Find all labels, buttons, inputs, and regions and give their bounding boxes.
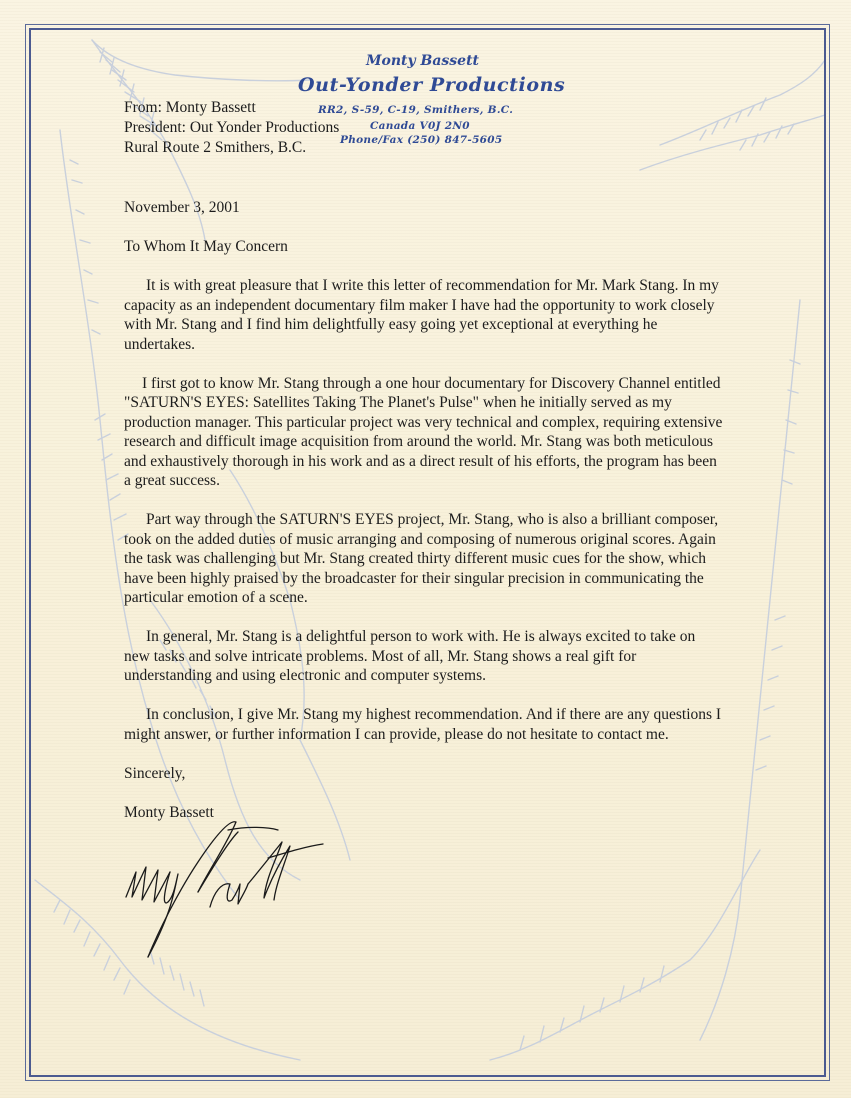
sender-title-line: President: Out Yonder Productions [124, 118, 339, 138]
paragraph-conclusion: In conclusion, I give Mr. Stang my highe… [124, 705, 724, 744]
sender-address-line: Rural Route 2 Smithers, B.C. [124, 138, 339, 158]
letter-date: November 3, 2001 [124, 198, 724, 218]
sender-block: From: Monty Bassett President: Out Yonde… [124, 98, 339, 158]
letterhead-name: Monty Bassett [366, 53, 479, 69]
letterhead-address-line2: Canada V0J 2N0 [370, 120, 470, 132]
letterhead-phone: Phone/Fax (250) 847-5605 [340, 134, 503, 146]
paragraph-composer: Part way through the SATURN'S EYES proje… [124, 510, 724, 608]
letterhead-address-line1: RR2, S-59, C-19, Smithers, B.C. [318, 104, 513, 116]
letterhead-company: Out-Yonder Productions [298, 74, 565, 96]
paragraph-general: In general, Mr. Stang is a delightful pe… [124, 627, 724, 686]
paragraph-saturns-eyes: I first got to know Mr. Stang through a … [124, 374, 724, 491]
letter-closing: Sincerely, [124, 764, 724, 784]
paragraph-intro: It is with great pleasure that I write t… [124, 276, 724, 354]
letter-body: November 3, 2001 To Whom It May Concern … [124, 198, 724, 822]
handwritten-signature [118, 812, 338, 962]
letter-salutation: To Whom It May Concern [124, 237, 724, 257]
sender-from-line: From: Monty Bassett [124, 98, 339, 118]
